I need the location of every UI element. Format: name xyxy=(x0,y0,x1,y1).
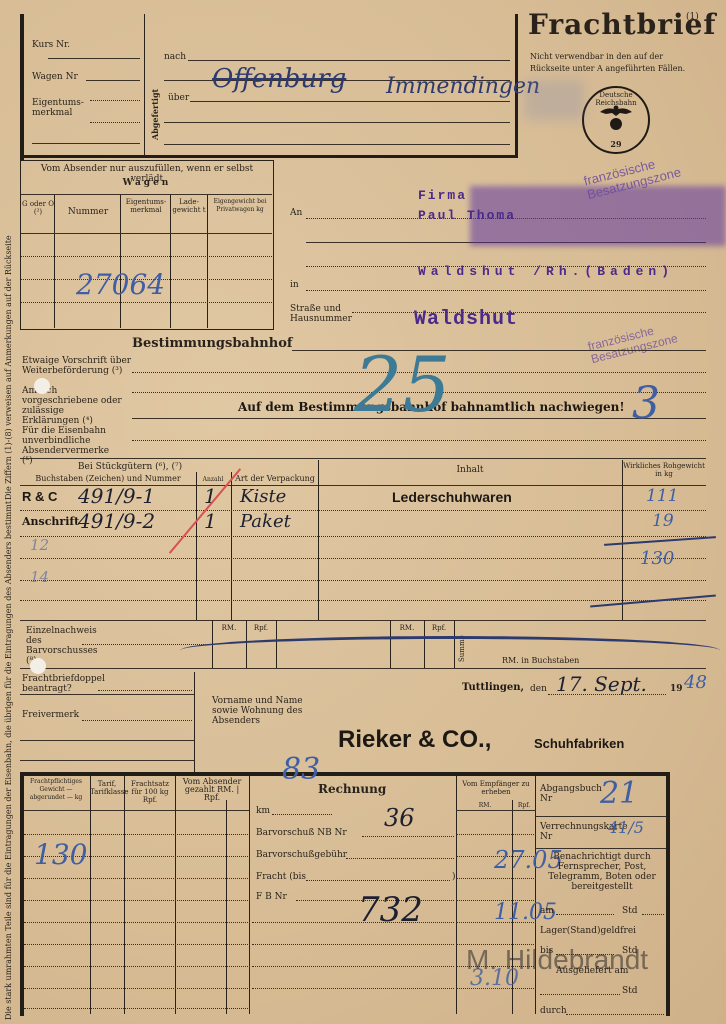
faded-stamp xyxy=(524,80,584,120)
rm-label-2: RM. xyxy=(392,624,422,632)
goods-number: 491/9-2 xyxy=(78,509,155,533)
divider xyxy=(90,776,91,1014)
verrechnungskarte-value: 41/5 xyxy=(608,818,644,837)
wagen-nr-label: Wagen Nr xyxy=(32,72,78,82)
col-tarif: Tarif, Tarifklasse xyxy=(90,780,124,796)
subtitle-1: Nicht verwendbar in den auf der xyxy=(530,52,663,62)
col-inhalt: Inhalt xyxy=(320,466,620,474)
sum-line-2 xyxy=(590,595,716,608)
ueber-field[interactable] xyxy=(190,101,510,102)
year-prefix: 19 xyxy=(670,684,683,694)
occupation-stamp-2: französische Besatzungszone xyxy=(587,312,710,366)
eagle-icon xyxy=(598,102,634,132)
recipient-firma: Firma xyxy=(418,188,467,203)
col-g-oder-o: G oder O (²) xyxy=(22,200,54,216)
goods-weight: 111 xyxy=(646,486,678,506)
frame-left-top xyxy=(20,14,24,160)
kurs-field[interactable] xyxy=(48,58,140,59)
goods-packaging: Paket xyxy=(240,511,291,532)
margin-note-14: 14 xyxy=(30,568,49,586)
handwritten-wagen-number: 27064 xyxy=(76,268,165,301)
side-note-top: Die Ziffern (1)-(8) verweisen auf Anmerk… xyxy=(4,60,13,500)
nach-field[interactable] xyxy=(188,60,510,61)
lagergeld-label: Lager(Stand)geldfrei xyxy=(540,926,636,936)
divider xyxy=(456,776,457,1014)
divider xyxy=(535,776,536,1014)
col-absender-gezahlt: Vom Absender gezahlt RM. | Rpf. xyxy=(176,778,248,802)
abgangsbuch-label: Abgangsbuch Nr xyxy=(540,784,600,804)
handwritten-83: 83 xyxy=(282,752,320,787)
km-label: km xyxy=(256,806,270,816)
wagen-row[interactable] xyxy=(21,302,272,303)
col-anzahl: Anzahl xyxy=(196,476,230,484)
billing-row[interactable] xyxy=(24,944,250,945)
rule xyxy=(32,143,140,144)
street-label: Straße und Hausnummer xyxy=(290,304,360,324)
handwritten-3: 3 xyxy=(632,378,660,429)
wagen-subheading: Wagen xyxy=(24,178,270,188)
long-stroke xyxy=(180,636,720,665)
sum-line xyxy=(604,536,716,546)
divider xyxy=(207,195,208,328)
freivermerk-field[interactable] xyxy=(82,720,192,721)
col-eigengewicht: Eigengewicht bei Privatwagen kg xyxy=(209,198,271,214)
billing-row[interactable] xyxy=(24,988,250,989)
rule xyxy=(252,988,454,989)
ueber-label: über xyxy=(168,93,189,103)
billing-row[interactable] xyxy=(24,922,250,923)
watermark: M. Hildebrandt xyxy=(466,944,648,976)
freight-document: Die Ziffern (1)-(8) verweisen auf Anmerk… xyxy=(0,0,726,1024)
barvorschussgebuehr-field[interactable] xyxy=(346,858,454,859)
divider xyxy=(226,800,227,1014)
barvorschuss-field[interactable] xyxy=(362,836,454,837)
abgefertigt-label: Abgefertigt xyxy=(150,60,160,140)
in-field[interactable] xyxy=(306,290,706,291)
handwritten-offenburg: Offenburg xyxy=(212,64,346,94)
an-label: An xyxy=(290,208,302,218)
rule xyxy=(21,194,272,195)
billing-row[interactable] xyxy=(24,1008,250,1009)
handwritten-date: 17. Sept. xyxy=(556,672,647,696)
divider xyxy=(622,460,623,620)
rule xyxy=(21,233,272,234)
wagen-nr-field[interactable] xyxy=(86,80,140,81)
sender-name-label: Vorname und Name sowie Wohnung des Absen… xyxy=(212,696,318,726)
divider xyxy=(170,195,171,328)
rule xyxy=(20,740,194,741)
place-label: Tuttlingen, xyxy=(462,682,524,693)
year-suffix: 48 xyxy=(684,672,707,693)
receiver-rpf: Rpf. xyxy=(514,802,534,810)
billing-row[interactable] xyxy=(24,878,250,879)
fracht-close-paren: ) xyxy=(452,872,456,882)
handwritten-fb-nr: 732 xyxy=(358,890,423,930)
rule xyxy=(252,922,454,923)
street-field[interactable] xyxy=(352,312,706,313)
am-label: am xyxy=(540,906,554,916)
sender-company-suffix: Schuhfabriken xyxy=(534,736,624,751)
divider xyxy=(194,672,195,772)
goods-row-1[interactable]: R & C 491/9-1 1 Kiste Lederschuhwaren 11… xyxy=(20,486,706,510)
rule xyxy=(252,944,454,945)
billing-row[interactable] xyxy=(24,900,250,901)
reichsbahn-stamp: Deutsche Reichsbahn 29 xyxy=(582,86,650,154)
col-verpackung: Art der Verpackung xyxy=(232,475,318,483)
std-label: Std xyxy=(622,906,638,916)
rpf-label-2: Rpf. xyxy=(426,624,452,632)
nach-label: nach xyxy=(164,52,186,62)
cash-advance-field[interactable] xyxy=(82,644,210,645)
rule xyxy=(252,966,454,967)
rule xyxy=(24,810,250,811)
goods-group-header: Bei Stückgütern (⁶), (⁷) xyxy=(20,462,240,472)
eigentumsmerkmal-label: Eigentums-merkmal xyxy=(32,98,88,118)
bestimmungsbahnhof-label: Bestimmungsbahnhof xyxy=(132,336,292,351)
goods-total-weight: 130 xyxy=(640,548,674,569)
col-eigentumsmerkmal: Eigentums-merkmal xyxy=(122,198,170,214)
wagen-row[interactable] xyxy=(21,256,272,257)
billing-row[interactable] xyxy=(24,966,250,967)
goods-row-2[interactable]: Anschrift 491/9-2 1 Paket 19 xyxy=(20,511,706,535)
divider xyxy=(124,776,125,1014)
rule xyxy=(20,558,706,559)
divider xyxy=(120,195,121,328)
col-nummer: Nummer xyxy=(56,208,120,216)
recipient-city: Waldshut /Rh.(Baden) xyxy=(418,264,674,279)
title-note: (1) xyxy=(686,12,699,22)
fb-nr-label: F B Nr xyxy=(256,892,287,902)
std-field[interactable] xyxy=(642,914,664,915)
frame-bottom-top xyxy=(20,155,518,158)
handwritten-immendingen: Immendingen xyxy=(386,74,540,99)
punch-hole xyxy=(34,378,50,394)
rule xyxy=(164,144,510,145)
recipient-street: Waldshut xyxy=(414,308,518,331)
rule xyxy=(20,458,706,459)
rule xyxy=(20,600,706,601)
eigentumsmerkmal-field[interactable] xyxy=(90,100,140,101)
receiver-row[interactable] xyxy=(456,834,536,835)
verrechnungskarte-label: Verrechnungskarte Nr xyxy=(540,822,610,842)
am-field[interactable] xyxy=(556,914,614,915)
col-frachtsatz: Frachtsatz für 100 kg Rpf. xyxy=(126,780,174,804)
rule xyxy=(20,760,194,761)
goods-packaging: Kiste xyxy=(240,486,286,507)
rule xyxy=(536,816,666,817)
subtitle-2: Rückseite unter A angeführten Fällen. xyxy=(530,64,685,74)
sender-company: Rieker & CO., xyxy=(338,726,491,754)
divider xyxy=(249,776,250,1014)
col-ladegewicht: Lade-gewicht t xyxy=(172,198,206,214)
rule xyxy=(20,620,706,621)
durch-label: durch xyxy=(540,1006,567,1016)
duplicate-field[interactable] xyxy=(98,690,192,691)
recipient-name: Paul Thoma xyxy=(418,208,516,223)
side-note-bottom: Die stark umrahmten Teile sind für die E… xyxy=(4,440,13,1020)
durch-field[interactable] xyxy=(566,1014,664,1015)
rule xyxy=(20,536,706,537)
freivermerk-label: Freivermerk xyxy=(22,710,79,720)
remarks-label: Für die Eisenbahn unverbindliche Absende… xyxy=(22,426,122,466)
divider xyxy=(144,14,145,156)
receiver-rm: RM. xyxy=(460,802,510,810)
col-frachtpflichtig: Frachtpflichtiges Gewicht — abgerundet —… xyxy=(24,778,88,802)
duplicate-label: Frachtbriefdoppel beantragt? xyxy=(22,674,132,694)
goods-prefix: Anschrift xyxy=(22,515,79,528)
col-zeichen-nummer: Buchstaben (Zeichen) und Nummer xyxy=(20,475,196,483)
receiver-heading: Vom Empfänger zu erheben xyxy=(458,780,534,796)
remarks-field[interactable] xyxy=(132,440,706,441)
rpf-label: Rpf. xyxy=(248,624,274,632)
goods-number: 491/9-1 xyxy=(78,484,155,508)
punch-hole xyxy=(30,658,46,674)
barvorschussgebuehr-label: Barvorschußgebühr xyxy=(256,850,347,860)
billing-row[interactable] xyxy=(24,834,250,835)
den-label: den xyxy=(530,684,547,694)
km-field[interactable] xyxy=(272,814,332,815)
forwarding-label: Etwaige Vorschrift über Weiterbeförderun… xyxy=(22,356,132,376)
divider xyxy=(318,460,319,620)
barvorschuss-label: Barvorschuß NB Nr xyxy=(256,828,347,838)
handwritten-km: 36 xyxy=(384,804,415,832)
fracht-label: Fracht (bis xyxy=(256,872,306,882)
kurs-label: Kurs Nr. xyxy=(32,40,70,50)
margin-note-12: 12 xyxy=(30,536,49,554)
in-label: in xyxy=(290,280,299,290)
rechnung-heading: Rechnung xyxy=(318,782,386,796)
col-rohgewicht: Wirkliches Rohgewicht in kg xyxy=(622,462,706,478)
frame-left-bottom xyxy=(20,772,24,1016)
rule xyxy=(536,848,666,849)
billing-weight: 130 xyxy=(34,838,87,871)
rule xyxy=(456,810,536,811)
stamp-number: 29 xyxy=(584,139,648,149)
rm-label: RM. xyxy=(214,624,244,632)
rule xyxy=(20,580,706,581)
abgangsbuch-value: 21 xyxy=(600,776,638,811)
divider xyxy=(54,195,55,328)
goods-content: Lederschuhwaren xyxy=(392,489,512,505)
frame-bottom-section xyxy=(20,772,670,776)
frame-right-bottom xyxy=(666,772,670,1016)
benachrichtigt-label: Benachrichtigt durch Fernsprecher, Post,… xyxy=(540,852,664,892)
divider xyxy=(175,776,176,1014)
goods-prefix: R & C xyxy=(22,489,57,504)
rule xyxy=(164,122,510,123)
goods-count: 1 xyxy=(204,509,217,533)
rule xyxy=(20,668,706,669)
eigentumsmerkmal-field-2[interactable] xyxy=(90,122,140,123)
fracht-field[interactable] xyxy=(306,880,450,881)
ausgeliefert-field[interactable] xyxy=(540,994,620,995)
std-label-3: Std xyxy=(622,986,638,996)
rule xyxy=(20,694,194,695)
receiver-row[interactable] xyxy=(456,878,536,879)
goods-weight: 19 xyxy=(652,511,674,531)
handwritten-25: 25 xyxy=(354,340,451,429)
